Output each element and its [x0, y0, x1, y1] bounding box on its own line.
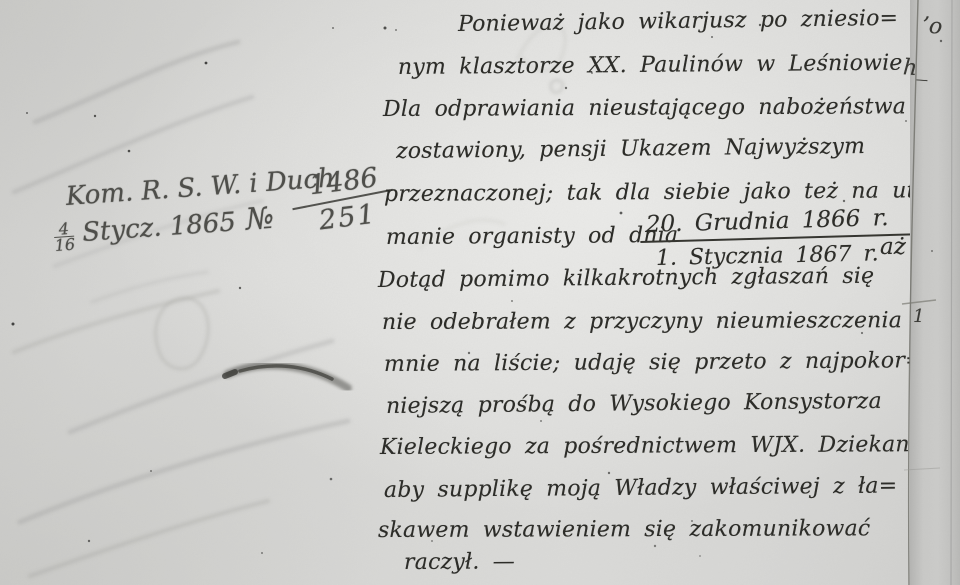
- handwritten-line: Dotąd pomimo kilkakrotnych zgłaszań się: [378, 266, 875, 292]
- handwritten-line: raczył. —: [404, 551, 515, 574]
- handwritten-line: zostawiony, pensji Ukazem Najwyższym: [396, 136, 865, 163]
- margin-note-reference-number: 1486 251: [294, 161, 397, 239]
- date-original-underlined: 20. Grudnia 1866 r.: [640, 204, 917, 243]
- handwritten-line: mnie na liście; udaję się przeto z najpo…: [384, 350, 924, 376]
- handwritten-line: aby supplikę moją Władzy właściwej z ła=: [384, 476, 898, 502]
- word-az: aż: [880, 234, 906, 260]
- numero-sign: №: [245, 201, 276, 238]
- handwritten-line: nie odebrałem z przyczyny nieumieszczeni…: [382, 310, 902, 334]
- margin-date-day-fraction: 416: [53, 222, 75, 253]
- scanned-manuscript-page: Kom. R. S. W. i Duch 416Stycz. 1865№ 148…: [0, 0, 960, 585]
- edge-text-fragment: h_: [902, 55, 929, 82]
- handwritten-line: manie organisty od dnia: [386, 225, 678, 249]
- handwritten-line: skawem wstawieniem się zakomunikować: [378, 518, 870, 542]
- handwritten-line: Ponieważ jako wikarjusz po zniesio=: [458, 8, 899, 36]
- handwritten-line: nym klasztorze XX. Paulinów w Leśniowie: [398, 53, 903, 79]
- handwritten-line: przeznaczonej; tak dla siebie jako też n…: [384, 180, 960, 206]
- handwritten-line: niejszą prośbą do Wysokiego Konsystorza: [386, 391, 882, 418]
- edge-text-fragment: ’o: [921, 13, 944, 40]
- handwritten-line: Dla odprawiania nieustającego nabożeństw…: [383, 96, 906, 121]
- adjacent-page-edge: [910, 0, 960, 585]
- handwritten-line: Kieleckiego za pośrednictwem WJX. Dzieka…: [380, 434, 930, 459]
- reference-denominator: 251: [317, 199, 378, 237]
- smudge-mark: [225, 365, 348, 388]
- edge-text-fragment: 1: [913, 306, 924, 327]
